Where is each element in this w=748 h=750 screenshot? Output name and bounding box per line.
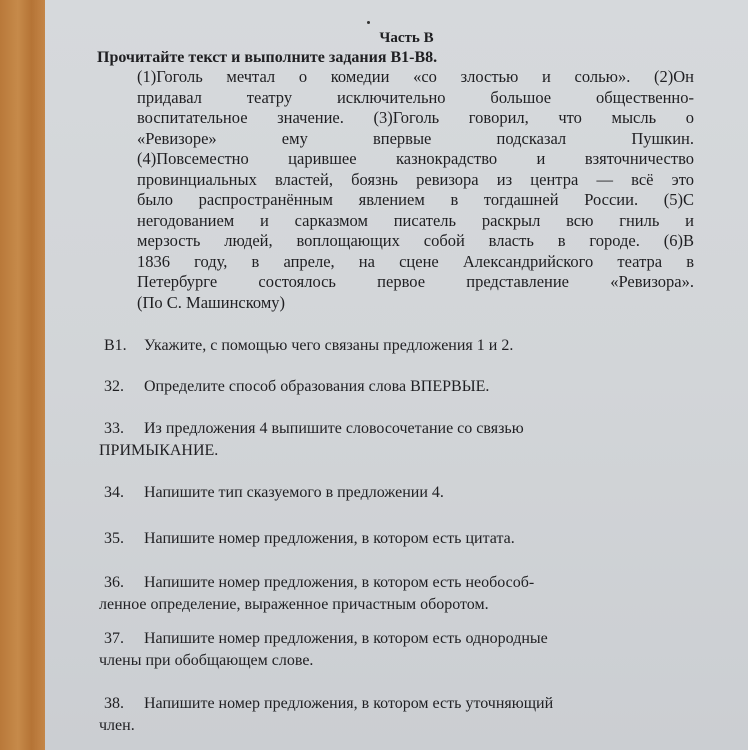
task-text-continued: член. bbox=[99, 715, 704, 737]
task-number: 33. bbox=[104, 418, 144, 440]
task-b2: 32.Определите способ образования слова В… bbox=[104, 376, 704, 398]
task-b7: 37.Напишите номер предложения, в котором… bbox=[104, 628, 704, 672]
task-text-continued: ПРИМЫКАНИЕ. bbox=[99, 440, 704, 462]
task-text: Напишите номер предложения, в котором ес… bbox=[144, 574, 534, 591]
task-b8: 38.Напишите номер предложения, в котором… bbox=[104, 693, 704, 737]
task-text: Напишите номер предложения, в котором ес… bbox=[144, 630, 548, 647]
passage-line: было распространённым явлением в тогдашн… bbox=[137, 190, 694, 211]
section-title: Часть В bbox=[45, 30, 748, 47]
task-number: 34. bbox=[104, 482, 144, 504]
task-b4: 34.Напишите тип сказуемого в предложении… bbox=[104, 482, 704, 504]
passage-line: воспитательное значение. (3)Гоголь говор… bbox=[137, 108, 694, 129]
task-text: Из предложения 4 выпишите словосочетание… bbox=[144, 420, 524, 437]
task-b1: В1.Укажите, с помощью чего связаны предл… bbox=[104, 335, 704, 357]
worksheet-page: Часть В Прочитайте текст и выполните зад… bbox=[45, 0, 748, 750]
passage-line: провинциальных властей, боязнь ревизора … bbox=[137, 170, 694, 191]
task-b5: 35.Напишите номер предложения, в котором… bbox=[104, 528, 704, 550]
task-number: 36. bbox=[104, 572, 144, 594]
passage-line: «Ревизоре» ему впервые подсказал Пушкин. bbox=[137, 129, 694, 150]
task-b3: 33.Из предложения 4 выпишите словосочета… bbox=[104, 418, 704, 462]
task-text: Напишите номер предложения, в котором ес… bbox=[144, 695, 553, 712]
task-text-continued: ленное определение, выраженное причастны… bbox=[99, 594, 704, 616]
passage-line: негодованием и сарказмом писатель раскры… bbox=[137, 211, 694, 232]
task-number: 38. bbox=[104, 693, 144, 715]
task-text: Укажите, с помощью чего связаны предложе… bbox=[144, 337, 513, 354]
passage-line: мерзость людей, воплощающих собой власть… bbox=[137, 231, 694, 252]
passage-source: (По С. Машинскому) bbox=[137, 293, 694, 314]
task-text: Напишите номер предложения, в котором ес… bbox=[144, 530, 515, 547]
passage-line: 1836 году, в апреле, на сцене Александри… bbox=[137, 252, 694, 273]
task-number: В1. bbox=[104, 335, 144, 357]
passage-line: (4)Повсеместно царившее казнокрадство и … bbox=[137, 149, 694, 170]
passage-line: (1)Гоголь мечтал о комедии «со злостью и… bbox=[137, 67, 694, 88]
wooden-table-edge bbox=[0, 0, 45, 750]
task-number: 35. bbox=[104, 528, 144, 550]
task-text-continued: члены при обобщающем слове. bbox=[99, 650, 704, 672]
ink-dot bbox=[367, 21, 370, 24]
passage-line: придавал театру исключительно большое об… bbox=[137, 88, 694, 109]
passage-line: Петербурге состоялось первое представлен… bbox=[137, 272, 694, 293]
task-number: 32. bbox=[104, 376, 144, 398]
task-b6: 36.Напишите номер предложения, в котором… bbox=[104, 572, 704, 616]
task-text: Определите способ образования слова ВПЕР… bbox=[144, 378, 489, 395]
reading-passage: (1)Гоголь мечтал о комедии «со злостью и… bbox=[137, 67, 694, 313]
instruction-heading: Прочитайте текст и выполните задания В1-… bbox=[97, 49, 437, 67]
task-number: 37. bbox=[104, 628, 144, 650]
task-text: Напишите тип сказуемого в предложении 4. bbox=[144, 484, 444, 501]
